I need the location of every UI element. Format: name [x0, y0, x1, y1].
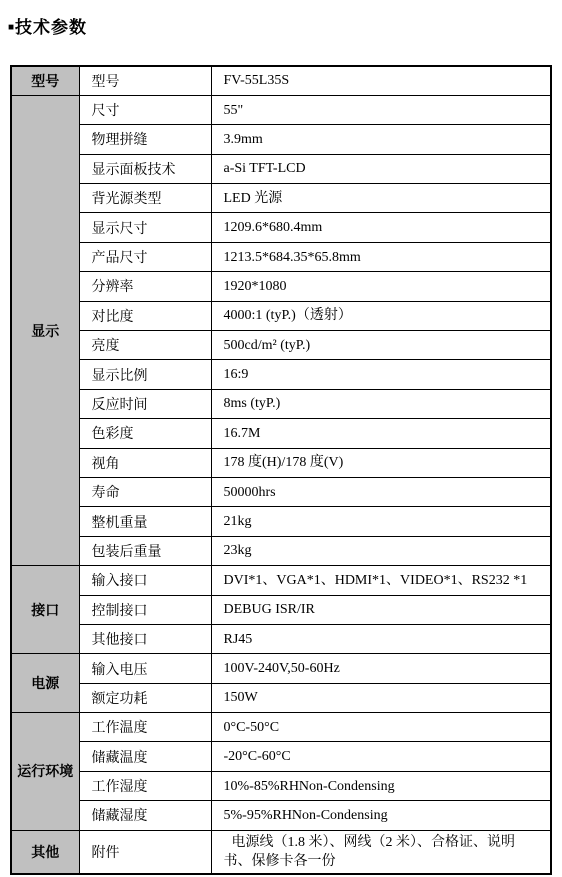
table-row: 电源 输入电压 100V-240V,50-60Hz	[11, 654, 551, 683]
spec-table: 型号 型号 FV-55L35S 显示 尺寸 55" 物理拼缝 3.9mm 显示面…	[10, 65, 552, 875]
spec-label-cell: 工作湿度	[79, 771, 211, 800]
table-row: 视角 178 度(H)/178 度(V)	[11, 448, 551, 477]
spec-label-cell: 额定功耗	[79, 683, 211, 712]
spec-value-cell: 16.7M	[211, 419, 551, 448]
spec-label-cell: 产品尺寸	[79, 242, 211, 271]
spec-label-cell: 视角	[79, 448, 211, 477]
table-row: 物理拼缝 3.9mm	[11, 125, 551, 154]
spec-value-cell: 3.9mm	[211, 125, 551, 154]
table-row: 亮度 500cd/m² (tyP.)	[11, 331, 551, 360]
category-cell-display: 显示	[11, 95, 79, 565]
table-row: 分辨率 1920*1080	[11, 272, 551, 301]
spec-value-cell: a-Si TFT-LCD	[211, 154, 551, 183]
table-row: 额定功耗 150W	[11, 683, 551, 712]
spec-value-cell: 50000hrs	[211, 477, 551, 506]
spec-value-cell: DVI*1、VGA*1、HDMI*1、VIDEO*1、RS232 *1	[211, 566, 551, 595]
spec-label-cell: 亮度	[79, 331, 211, 360]
table-row: 显示面板技术 a-Si TFT-LCD	[11, 154, 551, 183]
category-cell-power: 电源	[11, 654, 79, 713]
spec-label-cell: 反应时间	[79, 389, 211, 418]
spec-value-cell: 8ms (tyP.)	[211, 389, 551, 418]
spec-value-cell: 1209.6*680.4mm	[211, 213, 551, 242]
spec-value-cell: 1920*1080	[211, 272, 551, 301]
table-row: 工作湿度 10%-85%RHNon-Condensing	[11, 771, 551, 800]
spec-value-cell: -20°C-60°C	[211, 742, 551, 771]
spec-value-cell: 23kg	[211, 536, 551, 565]
spec-label-cell: 寿命	[79, 477, 211, 506]
square-bullet-icon: ■	[8, 22, 14, 33]
spec-value-cell: 16:9	[211, 360, 551, 389]
spec-label-cell: 显示面板技术	[79, 154, 211, 183]
spec-label-cell: 背光源类型	[79, 184, 211, 213]
spec-label-cell: 型号	[79, 66, 211, 95]
page-title: ■技术参数	[8, 13, 562, 38]
spec-value-cell: 500cd/m² (tyP.)	[211, 331, 551, 360]
spec-label-cell: 物理拼缝	[79, 125, 211, 154]
spec-label-cell: 分辨率	[79, 272, 211, 301]
table-row: 显示比例 16:9	[11, 360, 551, 389]
spec-label-cell: 包装后重量	[79, 536, 211, 565]
spec-label-cell: 显示尺寸	[79, 213, 211, 242]
spec-label-cell: 控制接口	[79, 595, 211, 624]
spec-label-cell: 附件	[79, 830, 211, 874]
spec-label-cell: 储藏温度	[79, 742, 211, 771]
table-row: 其他 附件 电源线（1.8 米）、网线（2 米）、合格证、说明书、保修卡各一份	[11, 830, 551, 874]
table-row: 接口 输入接口 DVI*1、VGA*1、HDMI*1、VIDEO*1、RS232…	[11, 566, 551, 595]
table-row: 背光源类型 LED 光源	[11, 184, 551, 213]
category-cell-other: 其他	[11, 830, 79, 874]
table-row: 反应时间 8ms (tyP.)	[11, 389, 551, 418]
table-row: 其他接口 RJ45	[11, 624, 551, 653]
spec-value-cell: 0°C-50°C	[211, 713, 551, 742]
spec-value-cell: 178 度(H)/178 度(V)	[211, 448, 551, 477]
spec-label-cell: 尺寸	[79, 95, 211, 124]
spec-label-cell: 显示比例	[79, 360, 211, 389]
table-row: 产品尺寸 1213.5*684.35*65.8mm	[11, 242, 551, 271]
table-row: 显示 尺寸 55"	[11, 95, 551, 124]
spec-value-cell: 100V-240V,50-60Hz	[211, 654, 551, 683]
table-row: 控制接口 DEBUG ISR/IR	[11, 595, 551, 624]
category-cell-model: 型号	[11, 66, 79, 95]
spec-label-cell: 工作温度	[79, 713, 211, 742]
spec-value-cell: 55"	[211, 95, 551, 124]
table-row: 运行环境 工作温度 0°C-50°C	[11, 713, 551, 742]
table-row: 包装后重量 23kg	[11, 536, 551, 565]
spec-label-cell: 对比度	[79, 301, 211, 330]
spec-label-cell: 整机重量	[79, 507, 211, 536]
spec-value-cell: 1213.5*684.35*65.8mm	[211, 242, 551, 271]
spec-value-cell: 21kg	[211, 507, 551, 536]
spec-value-cell: RJ45	[211, 624, 551, 653]
category-cell-interface: 接口	[11, 566, 79, 654]
category-cell-environment: 运行环境	[11, 713, 79, 831]
spec-value-cell: 4000:1 (tyP.)（透射）	[211, 301, 551, 330]
spec-label-cell: 储藏湿度	[79, 801, 211, 830]
spec-label-cell: 输入接口	[79, 566, 211, 595]
spec-value-cell: LED 光源	[211, 184, 551, 213]
spec-value-cell: 5%-95%RHNon-Condensing	[211, 801, 551, 830]
table-row: 寿命 50000hrs	[11, 477, 551, 506]
spec-label-cell: 色彩度	[79, 419, 211, 448]
spec-label-cell: 其他接口	[79, 624, 211, 653]
table-row: 整机重量 21kg	[11, 507, 551, 536]
table-row: 色彩度 16.7M	[11, 419, 551, 448]
table-row: 储藏温度 -20°C-60°C	[11, 742, 551, 771]
table-row: 储藏湿度 5%-95%RHNon-Condensing	[11, 801, 551, 830]
spec-value-cell: 150W	[211, 683, 551, 712]
spec-value-cell: FV-55L35S	[211, 66, 551, 95]
spec-value-cell: 10%-85%RHNon-Condensing	[211, 771, 551, 800]
page-title-text: 技术参数	[15, 18, 87, 37]
spec-value-cell: 电源线（1.8 米）、网线（2 米）、合格证、说明书、保修卡各一份	[211, 830, 551, 874]
spec-label-cell: 输入电压	[79, 654, 211, 683]
spec-value-cell: DEBUG ISR/IR	[211, 595, 551, 624]
table-row: 显示尺寸 1209.6*680.4mm	[11, 213, 551, 242]
table-row: 型号 型号 FV-55L35S	[11, 66, 551, 95]
table-row: 对比度 4000:1 (tyP.)（透射）	[11, 301, 551, 330]
